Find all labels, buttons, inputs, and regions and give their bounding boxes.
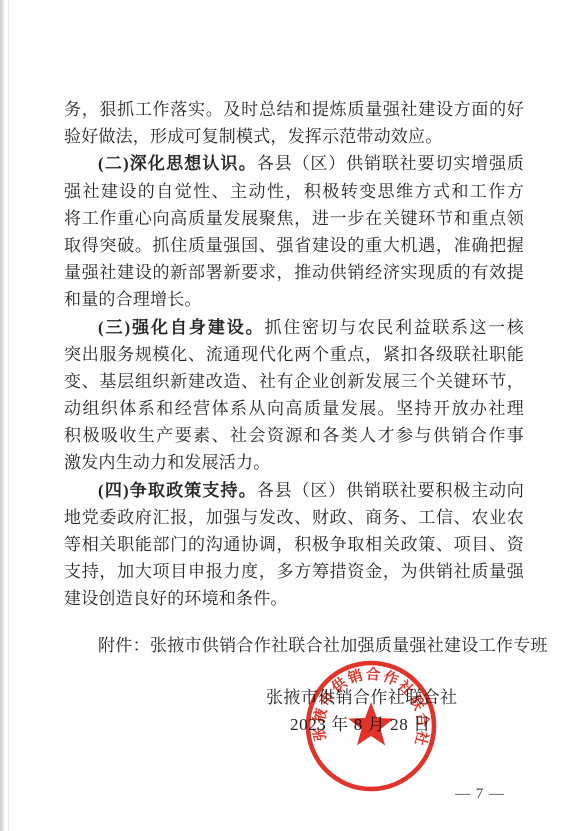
document-body: 务，狠抓工作落实。及时总结和提炼质量强社建设方面的好经验好做法，形成可复制模式，… <box>64 96 524 613</box>
body-line-text: 强社建设的自觉性、主动性，积极转变思维方式和工作方法， <box>64 182 524 205</box>
body-line-text: 突出服务规模化、流通现代化两个重点，紧扣各级联社职能转 <box>64 345 524 368</box>
body-line: 务，狠抓工作落实。及时总结和提炼质量强社建设方面的好经 <box>64 96 524 123</box>
body-line-text: 和量的合理增长。 <box>64 290 202 309</box>
signature-org: 张掖市供销合作社联合社 <box>266 687 457 709</box>
paragraph-lead: (二)深化思想认识。 <box>98 154 257 173</box>
body-line: 支持，加大项目申报力度，多方筹措资金，为供销社质量强社 <box>64 558 524 585</box>
scan-edge-line <box>8 0 9 831</box>
body-line: 验好做法，形成可复制模式，发挥示范带动效应。 <box>64 123 524 150</box>
body-line-text: 地党委政府汇报，加强与发改、财政、商务、工信、农业农村 <box>64 508 524 531</box>
body-line-text: 激发内生动力和发展活力。 <box>64 453 270 472</box>
attachment-line: 附件：张掖市供销合作社联合社加强质量强社建设工作专班 <box>64 632 534 659</box>
paragraph-lead: (三)强化自身建设。 <box>98 318 265 337</box>
body-line: 强社建设的自觉性、主动性，积极转变思维方式和工作方法， <box>64 178 524 205</box>
body-line-text: 积极吸收生产要素、社会资源和各类人才参与供销合作事业， <box>64 426 524 449</box>
body-line: 量强社建设的新部署新要求，推动供销经济实现质的有效提升 <box>64 259 524 286</box>
body-line: (四)争取政策支持。各县（区）供销联社要积极主动向当 <box>64 477 524 504</box>
body-line-text: 动组织体系和经营体系从向高质量发展。坚持开放办社理念， <box>64 399 524 422</box>
body-line-text: 建设创造良好的环境和条件。 <box>64 589 288 608</box>
body-line: 和量的合理增长。 <box>64 286 524 313</box>
body-line: (三)强化自身建设。抓住密切与农民利益联系这一核心， <box>64 314 524 341</box>
scan-page-left-edge <box>0 0 4 831</box>
document-page: { "page": { "background": "#fefefe", "pa… <box>0 0 588 831</box>
body-line-text: 变、基层组织新建改造、社有企业创新发展三个关键环节，推 <box>64 372 524 395</box>
body-line-text: 量强社建设的新部署新要求，推动供销经济实现质的有效提升 <box>64 263 524 286</box>
body-line-text: 将工作重心向高质量发展聚焦，进一步在关键环节和重点领域 <box>64 209 524 232</box>
body-line-text: 务，狠抓工作落实。及时总结和提炼质量强社建设方面的好经 <box>64 100 524 123</box>
attachment-text: 张掖市供销合作社联合社加强质量强社建设工作专班 <box>150 636 548 655</box>
paragraph-lead: (四)争取政策支持。 <box>98 481 257 500</box>
body-line: 取得突破。抓住质量强国、强省建设的重大机遇，准确把握质 <box>64 232 524 259</box>
body-line: 等相关职能部门的沟通协调，积极争取相关政策、项目、资金 <box>64 531 524 558</box>
body-line: 激发内生动力和发展活力。 <box>64 449 524 476</box>
body-line: 动组织体系和经营体系从向高质量发展。坚持开放办社理念， <box>64 395 524 422</box>
attachment-label: 附件： <box>98 636 150 655</box>
body-line: (二)深化思想认识。各县（区）供销联社要切实增强质量 <box>64 150 524 177</box>
body-line: 变、基层组织新建改造、社有企业创新发展三个关键环节，推 <box>64 368 524 395</box>
body-line-text: 等相关职能部门的沟通协调，积极争取相关政策、项目、资金 <box>64 535 524 558</box>
body-line: 将工作重心向高质量发展聚焦，进一步在关键环节和重点领域 <box>64 205 524 232</box>
body-line: 突出服务规模化、流通现代化两个重点，紧扣各级联社职能转 <box>64 341 524 368</box>
body-line: 地党委政府汇报，加强与发改、财政、商务、工信、农业农村 <box>64 504 524 531</box>
body-line: 建设创造良好的环境和条件。 <box>64 585 524 612</box>
body-line: 积极吸收生产要素、社会资源和各类人才参与供销合作事业， <box>64 422 524 449</box>
body-line-text: 验好做法，形成可复制模式，发挥示范带动效应。 <box>64 127 442 146</box>
body-line-text: 取得突破。抓住质量强国、强省建设的重大机遇，准确把握质 <box>64 236 524 259</box>
page-number: — 7 — <box>455 786 505 803</box>
body-line-text: 支持，加大项目申报力度，多方筹措资金，为供销社质量强社 <box>64 562 524 585</box>
signature-date: 2023 年 8 月 28 日 <box>290 714 431 736</box>
